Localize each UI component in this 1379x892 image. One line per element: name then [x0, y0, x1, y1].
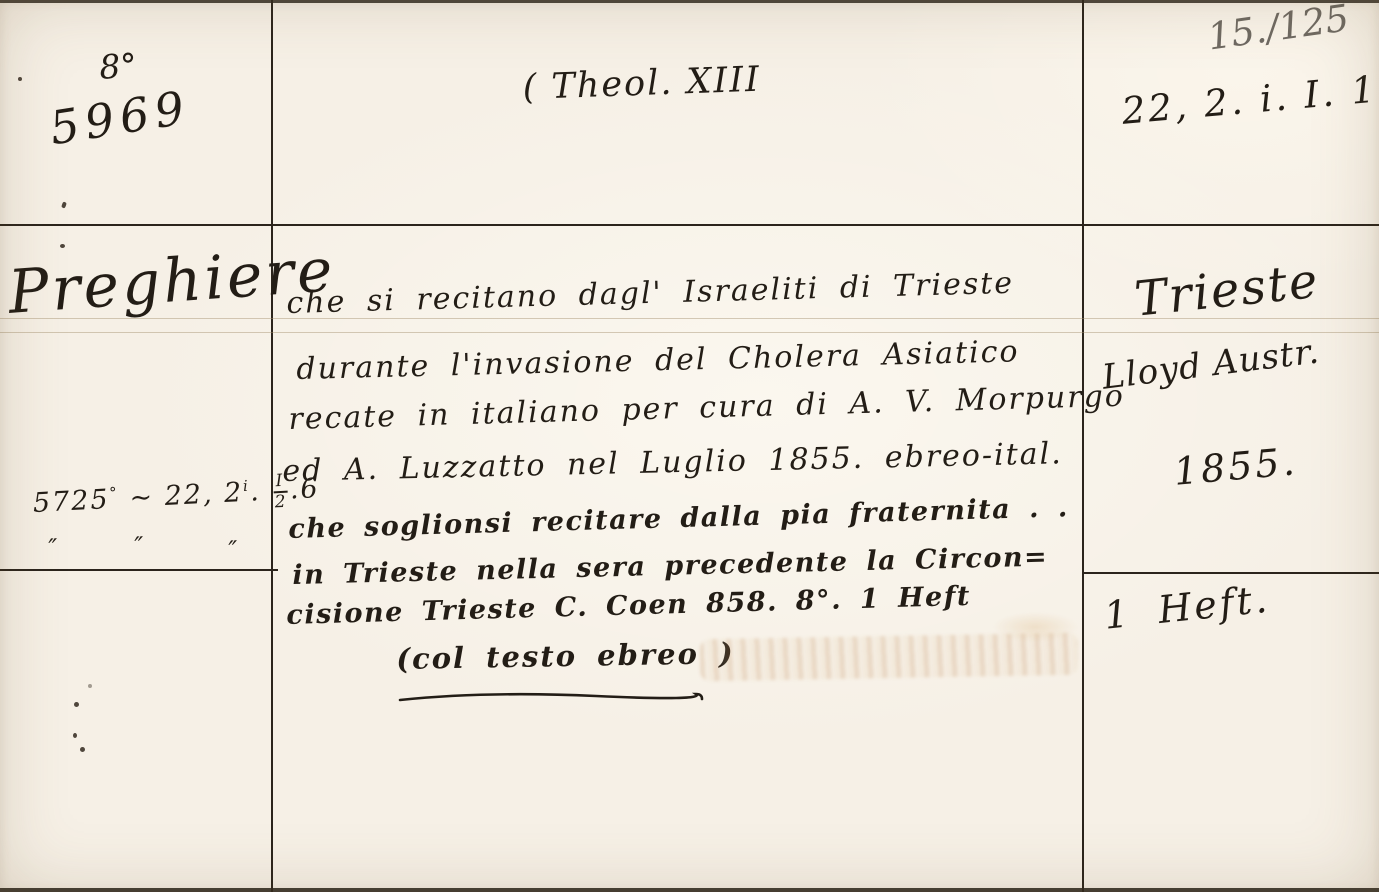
shelf-number: 5969	[46, 80, 194, 155]
header-rule	[0, 224, 1379, 226]
ink-speck	[80, 747, 85, 752]
body-line: recate in italiano per cura di A. V. Mor…	[288, 379, 1125, 437]
ink-speck	[18, 77, 22, 81]
erased-note-smudge	[700, 633, 1079, 682]
body-line: ed A. Luzzatto nel Luglio 1855. ebreo-it…	[282, 436, 1063, 489]
card-edge-top	[0, 0, 1379, 3]
note-underline-flourish	[396, 688, 706, 706]
ditto-mark: ″	[48, 534, 58, 562]
left-column-rule	[0, 569, 278, 571]
ink-speck	[61, 201, 67, 208]
imprint-place: Trieste	[1132, 253, 1322, 328]
ink-blot-smudge	[992, 612, 1078, 642]
ink-speck	[73, 733, 77, 738]
ink-speck	[88, 684, 92, 688]
notation-sup-1: °	[109, 483, 119, 501]
format-mark: 8°	[98, 45, 138, 87]
column-divider-left	[271, 0, 273, 892]
body-line: che si recitano dagl' Israeliti di Tries…	[286, 266, 1015, 321]
column-divider-right	[1082, 0, 1084, 892]
ink-speck	[74, 702, 79, 707]
catalog-card: 8° 5969 ( Theol. XIII 15./125 22, 2. i. …	[0, 0, 1379, 892]
fraction-denominator: 2	[273, 493, 289, 512]
ditto-mark: ″	[134, 532, 144, 560]
faint-ruling-line-2	[0, 332, 1379, 333]
call-number: 22, 2. i. I. 1	[1120, 68, 1379, 133]
right-column-rule	[1082, 572, 1379, 574]
pencil-accession-note: 15./125	[1205, 0, 1352, 59]
imprint-publisher: Lloyd Austr.	[1100, 331, 1322, 397]
hebrew-text-note: (col testo ebreo )	[396, 636, 735, 676]
ditto-mark: ″	[228, 536, 238, 564]
body-line: che soglionsi recitare dalla pia fratern…	[288, 492, 1069, 545]
ink-speck	[60, 244, 65, 248]
imprint-year: 1855.	[1172, 439, 1299, 494]
notation-part-1: 5725	[32, 484, 110, 519]
notation-dot: .	[249, 476, 261, 508]
card-edge-bottom	[0, 888, 1379, 892]
hebrew-date-notation: 5725° ~ 22, 2i. I2.6	[32, 471, 321, 524]
extent-note: 1 Heft.	[1102, 577, 1272, 638]
subject-class: ( Theol. XIII	[522, 60, 762, 108]
notation-part-2: ~ 22, 2	[129, 477, 244, 514]
body-line: durante l'invasione del Cholera Asiatico	[296, 334, 1020, 387]
